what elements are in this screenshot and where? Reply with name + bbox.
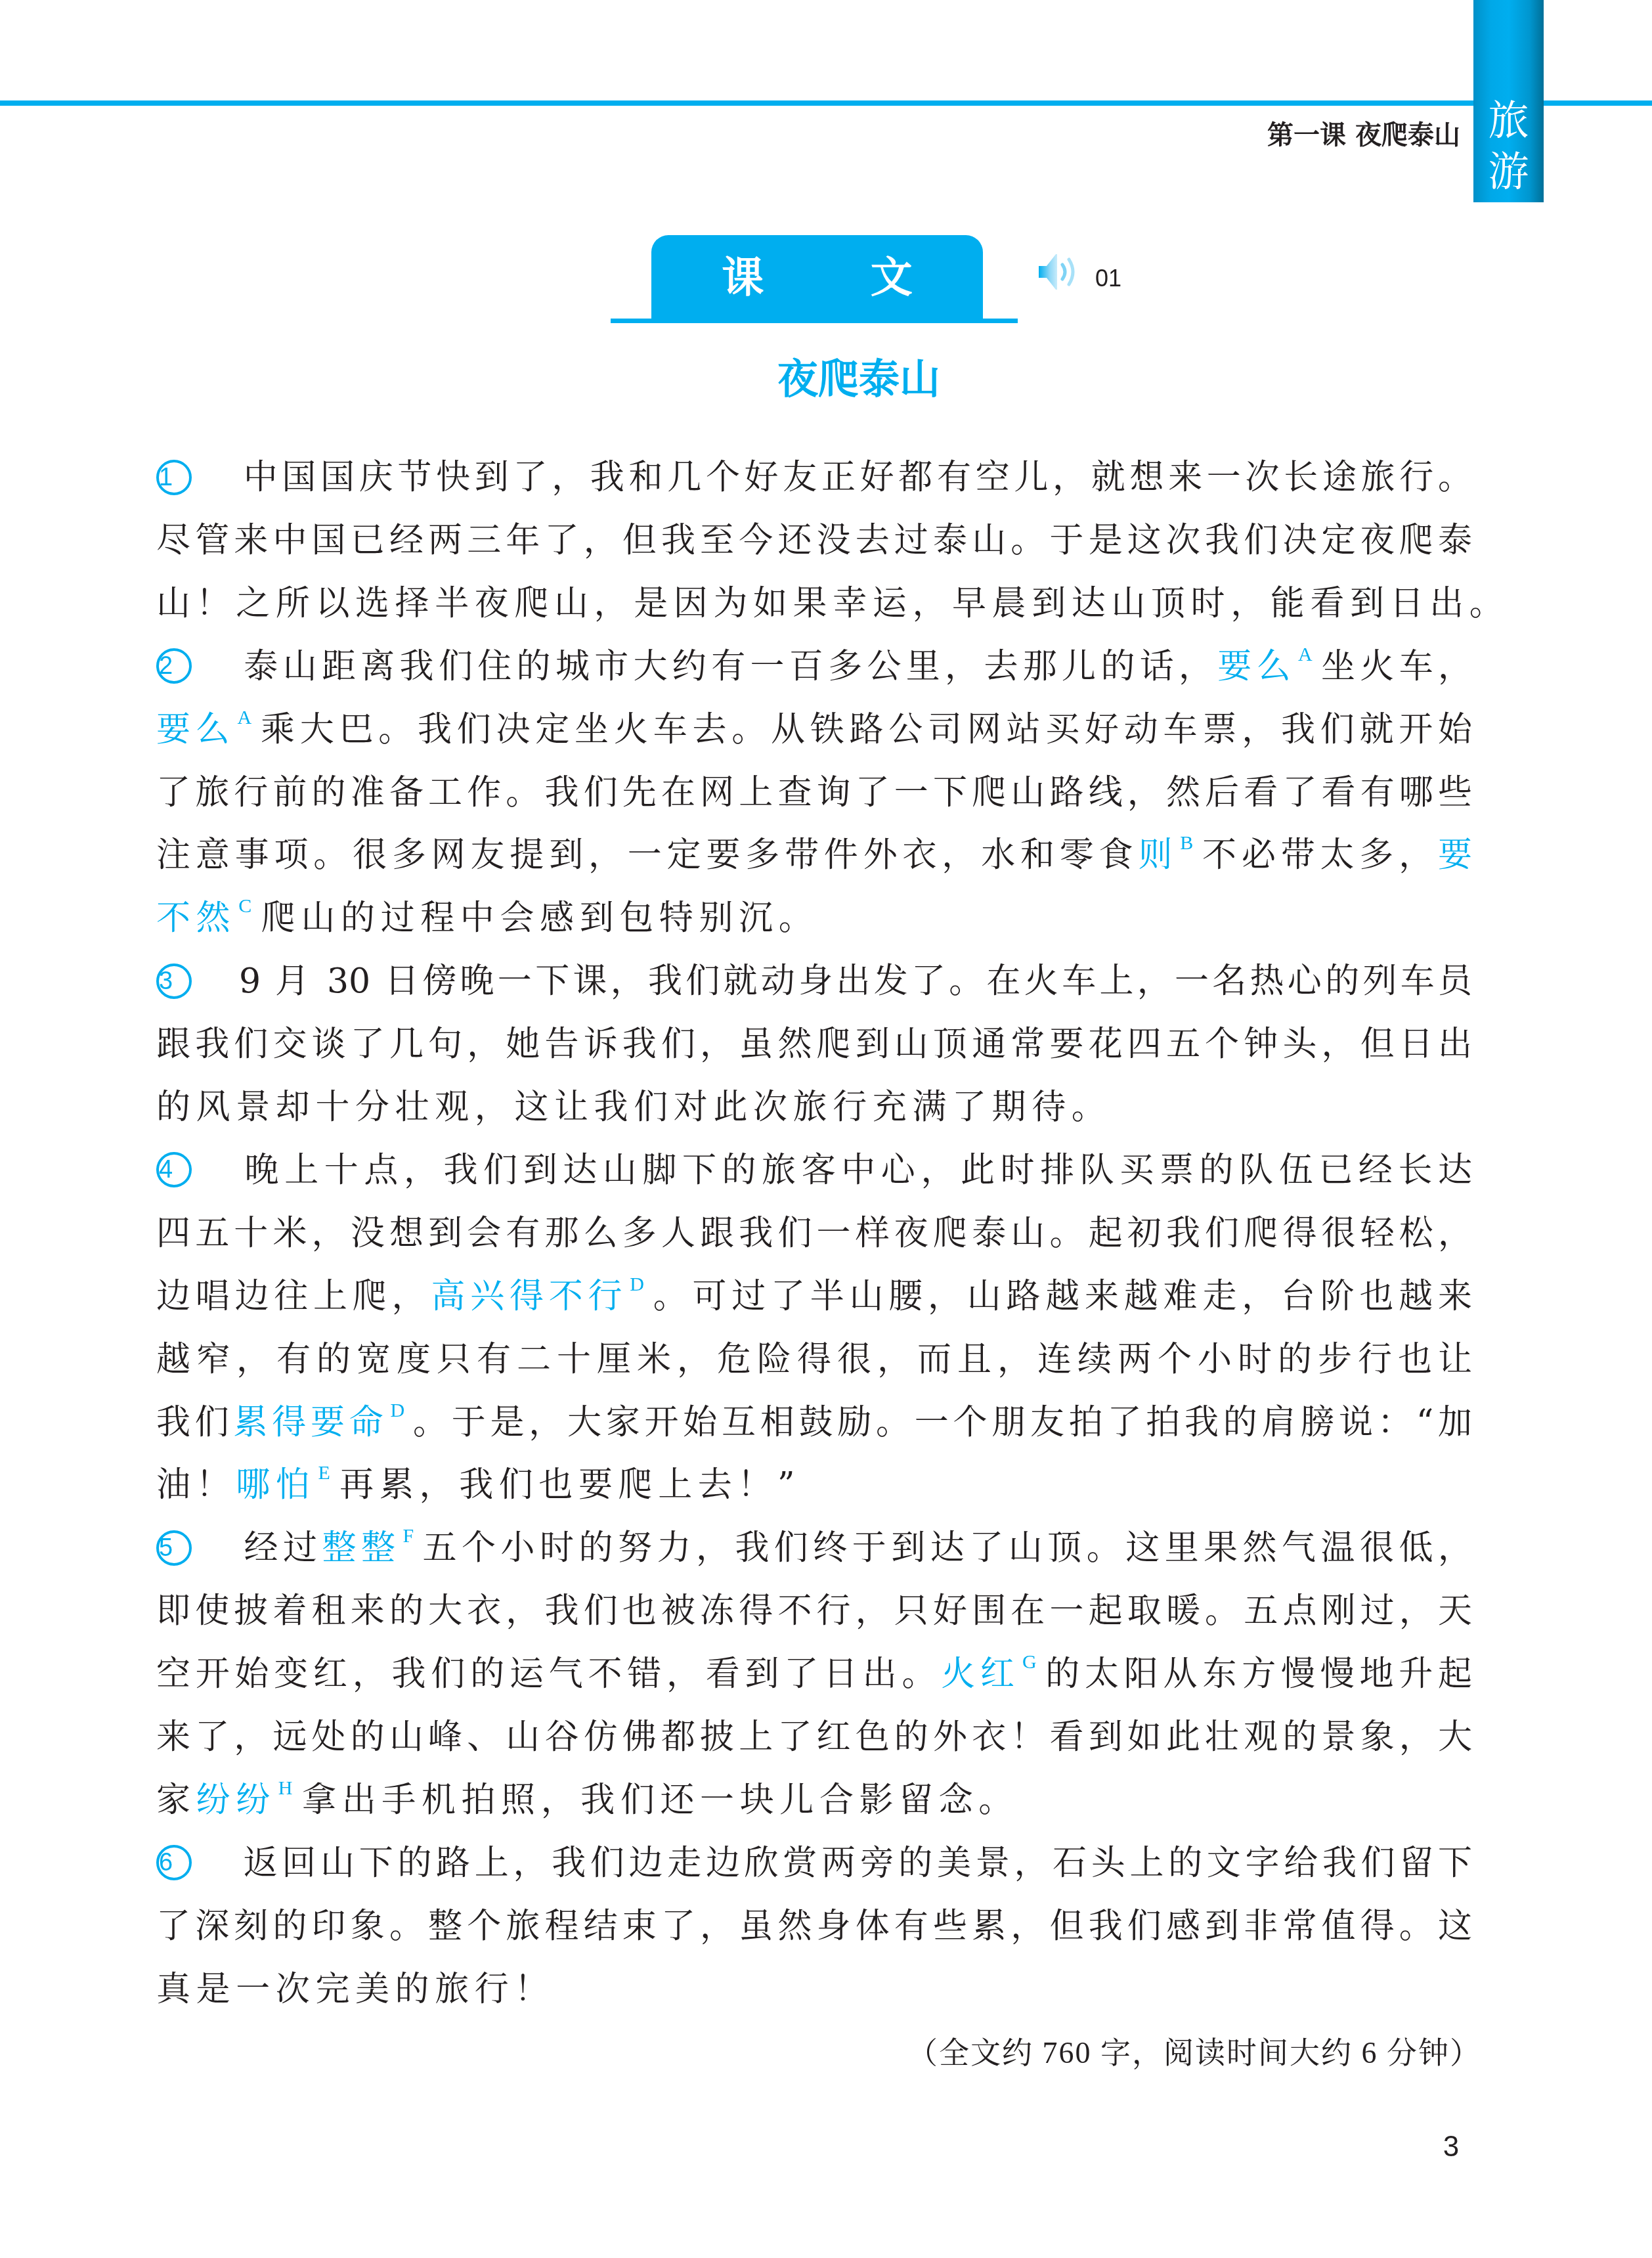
text-segment: 山！之所以选择半夜爬山，是因为如果幸运，早晨到达山顶时，能看到日出。 xyxy=(156,584,1509,623)
text-line: 不然C爬山的过程中会感到包特别沉。 xyxy=(156,895,1472,941)
grammar-note-marker: A xyxy=(1298,644,1313,665)
text-segment: 四五十米，没想到会有那么多人跟我们一样夜爬泰山。起初我们爬得很轻松， xyxy=(156,1214,1472,1253)
text-line: 39 月 30 日傍晚一下课，我们就动身出发了。在火车上，一名热心的列车员 xyxy=(156,958,1472,1004)
text-line: 来了，远处的山峰、山谷仿佛都披上了红色的外衣！看到如此壮观的景象，大 xyxy=(156,1714,1472,1760)
text-segment: 家 xyxy=(156,1781,196,1820)
grammar-note-marker: F xyxy=(402,1525,414,1547)
text-segment: 经过 xyxy=(239,1528,322,1568)
text-line: 家纷纷H拿出手机拍照，我们还一块儿合影留念。 xyxy=(156,1777,1472,1823)
text-line: 5经过整整F五个小时的努力，我们终于到达了山顶。这里果然气温很低， xyxy=(156,1525,1472,1571)
vocab-highlight: 累得要命 xyxy=(234,1403,388,1442)
paragraph-number: 2 xyxy=(156,648,192,684)
text-segment: 爬山的过程中会感到包特别沉。 xyxy=(261,898,818,938)
text-line: 注意事项。很多网友提到，一定要多带件外衣，水和零食则B不必带太多，要 xyxy=(156,832,1472,878)
text-line: 边唱边往上爬，高兴得不行D。可过了半山腰，山路越来越难走，台阶也越来 xyxy=(156,1273,1472,1319)
paragraph-number: 6 xyxy=(156,1845,192,1880)
text-segment: 不必带太多， xyxy=(1197,835,1438,875)
paragraph-number: 3 xyxy=(156,963,192,999)
text-segment: 了旅行前的准备工作。我们先在网上查询了一下爬山路线，然后看了看有哪些 xyxy=(156,773,1472,812)
text-segment: 的太阳从东方慢慢地升起 xyxy=(1041,1654,1472,1694)
text-segment: 注意事项。很多网友提到，一定要多带件外衣，水和零食 xyxy=(156,835,1138,875)
text-segment: 越窄，有的宽度只有二十厘米，危险得很，而且，连续两个小时的步行也让 xyxy=(156,1340,1472,1379)
text-segment: 即使披着租来的大衣，我们也被冻得不行，只好围在一起取暖。五点刚过，天 xyxy=(156,1591,1472,1631)
text-line: 6返回山下的路上，我们边走边欣赏两旁的美景，石头上的文字给我们留下 xyxy=(156,1840,1472,1886)
header-rule xyxy=(0,100,1652,106)
section-heading-label: 课 文 xyxy=(651,235,983,321)
text-line: 真是一次完美的旅行！ xyxy=(156,1966,1472,2012)
grammar-note-marker: G xyxy=(1022,1651,1037,1673)
text-line: 四五十米，没想到会有那么多人跟我们一样夜爬泰山。起初我们爬得很轻松， xyxy=(156,1210,1472,1256)
grammar-note-marker: C xyxy=(238,895,257,917)
grammar-note-marker: D xyxy=(630,1273,644,1295)
vocab-highlight: 不然 xyxy=(156,898,236,938)
text-line: 1中国国庆节快到了，我和几个好友正好都有空儿，就想来一次长途旅行。 xyxy=(156,454,1472,500)
grammar-note-marker: A xyxy=(238,707,252,728)
grammar-note-marker: D xyxy=(391,1400,405,1421)
text-segment: 中国国庆节快到了，我和几个好友正好都有空儿，就想来一次长途旅行。 xyxy=(239,458,1472,497)
vocab-highlight: 纷纷 xyxy=(196,1781,276,1820)
text-line: 尽管来中国已经两三年了，但我至今还没去过泰山。于是这次我们决定夜爬泰 xyxy=(156,518,1472,564)
text-segment: 空开始变红，我们的运气不错，看到了日出。 xyxy=(156,1654,941,1694)
text-segment: 再累，我们也要爬上去！” xyxy=(339,1465,800,1505)
vocab-highlight: 整整 xyxy=(322,1528,400,1568)
text-line: 油！哪怕E再累，我们也要爬上去！” xyxy=(156,1462,1472,1508)
paragraph-number: 1 xyxy=(156,460,192,495)
text-segment: 坐火车， xyxy=(1316,647,1472,686)
text-segment: 乘大巴。我们决定坐火车去。从铁路公司网站买好动车票，我们就开始 xyxy=(255,710,1472,749)
text-line: 了旅行前的准备工作。我们先在网上查询了一下爬山路线，然后看了看有哪些 xyxy=(156,770,1472,816)
text-line: 要么A乘大巴。我们决定坐火车去。从铁路公司网站买好动车票，我们就开始 xyxy=(156,707,1472,753)
text-segment: 晚上十点，我们到达山脚下的旅客中心，此时排队买票的队伍已经长达 xyxy=(239,1151,1472,1190)
text-segment: 了深刻的印象。整个旅程结束了，虽然身体有些累，但我们感到非常值得。这 xyxy=(156,1907,1472,1946)
article-title: 夜爬泰山 xyxy=(591,353,1127,406)
text-segment: 的风景却十分壮观，这让我们对此次旅行充满了期待。 xyxy=(156,1088,1111,1127)
text-segment: 返回山下的路上，我们边走边欣赏两旁的美景，石头上的文字给我们留下 xyxy=(239,1844,1472,1883)
chapter-tab: 旅 游 xyxy=(1473,0,1544,202)
vocab-highlight: 则 xyxy=(1138,835,1177,875)
text-line: 空开始变红，我们的运气不错，看到了日出。火红G的太阳从东方慢慢地升起 xyxy=(156,1651,1472,1697)
grammar-note-marker: H xyxy=(278,1777,298,1799)
text-segment: 9 月 30 日傍晚一下课，我们就动身出发了。在火车上，一名热心的列车员 xyxy=(239,962,1472,1001)
text-segment: 来了，远处的山峰、山谷仿佛都披上了红色的外衣！看到如此壮观的景象，大 xyxy=(156,1717,1472,1757)
text-segment: 油！ xyxy=(156,1465,236,1505)
text-line: 了深刻的印象。整个旅程结束了，虽然身体有些累，但我们感到非常值得。这 xyxy=(156,1903,1472,1949)
section-heading-tab: 课 文 xyxy=(651,235,983,321)
audio-play-button[interactable] xyxy=(1036,252,1082,292)
lesson-header: 第一课 夜爬泰山 xyxy=(1248,117,1460,154)
speaker-icon xyxy=(1036,252,1082,292)
text-line: 4晚上十点，我们到达山脚下的旅客中心，此时排队买票的队伍已经长达 xyxy=(156,1147,1472,1193)
chapter-tab-label: 旅 游 xyxy=(1473,95,1544,198)
text-segment: 。可过了半山腰，山路越来越难走，台阶也越来 xyxy=(648,1277,1472,1316)
vocab-highlight: 哪怕 xyxy=(236,1465,315,1505)
text-line: 即使披着租来的大衣，我们也被冻得不行，只好围在一起取暖。五点刚过，天 xyxy=(156,1588,1472,1634)
text-segment: 边唱边往上爬， xyxy=(156,1277,431,1316)
text-line: 我们累得要命D。于是，大家开始互相鼓励。一个朋友拍了拍我的肩膀说：“加 xyxy=(156,1400,1472,1446)
text-segment: 拿出手机拍照，我们还一块儿合影留念。 xyxy=(302,1781,1018,1820)
vocab-highlight: 要么 xyxy=(1217,647,1295,686)
text-segment: 我们 xyxy=(156,1403,234,1442)
vocab-highlight: 要么 xyxy=(156,710,235,749)
reading-info: （全文约 760 字，阅读时间大约 6 分钟） xyxy=(854,2032,1481,2074)
paragraph-number: 5 xyxy=(156,1530,192,1566)
text-line: 的风景却十分壮观，这让我们对此次旅行充满了期待。 xyxy=(156,1084,1472,1130)
text-line: 山！之所以选择半夜爬山，是因为如果幸运，早晨到达山顶时，能看到日出。 xyxy=(156,581,1472,627)
vocab-highlight: 火红 xyxy=(941,1654,1020,1694)
vocab-highlight: 高兴得不行 xyxy=(431,1277,627,1316)
grammar-note-marker: B xyxy=(1180,832,1193,854)
vocab-highlight: 要 xyxy=(1438,835,1472,875)
page-number: 3 xyxy=(1431,2131,1471,2163)
text-segment: 跟我们交谈了几句，她告诉我们，虽然爬到山顶通常要花四五个钟头，但日出 xyxy=(156,1025,1472,1064)
chapter-tab-char: 旅 xyxy=(1473,95,1544,146)
audio-track-number: 01 xyxy=(1095,265,1121,292)
text-line: 越窄，有的宽度只有二十厘米，危险得很，而且，连续两个小时的步行也让 xyxy=(156,1337,1472,1383)
text-segment: 五个小时的努力，我们终于到达了山顶。这里果然气温很低， xyxy=(418,1528,1472,1568)
text-line: 跟我们交谈了几句，她告诉我们，虽然爬到山顶通常要花四五个钟头，但日出 xyxy=(156,1021,1472,1067)
text-segment: 尽管来中国已经两三年了，但我至今还没去过泰山。于是这次我们决定夜爬泰 xyxy=(156,521,1472,560)
text-segment: 泰山距离我们住的城市大约有一百多公里，去那儿的话， xyxy=(239,647,1217,686)
chapter-tab-char: 游 xyxy=(1473,146,1544,198)
text-segment: 真是一次完美的旅行！ xyxy=(156,1970,554,2009)
grammar-note-marker: E xyxy=(318,1462,336,1484)
text-line: 2泰山距离我们住的城市大约有一百多公里，去那儿的话，要么A坐火车， xyxy=(156,644,1472,690)
paragraph-number: 4 xyxy=(156,1152,192,1187)
text-segment: 。于是，大家开始互相鼓励。一个朋友拍了拍我的肩膀说：“加 xyxy=(408,1403,1472,1442)
